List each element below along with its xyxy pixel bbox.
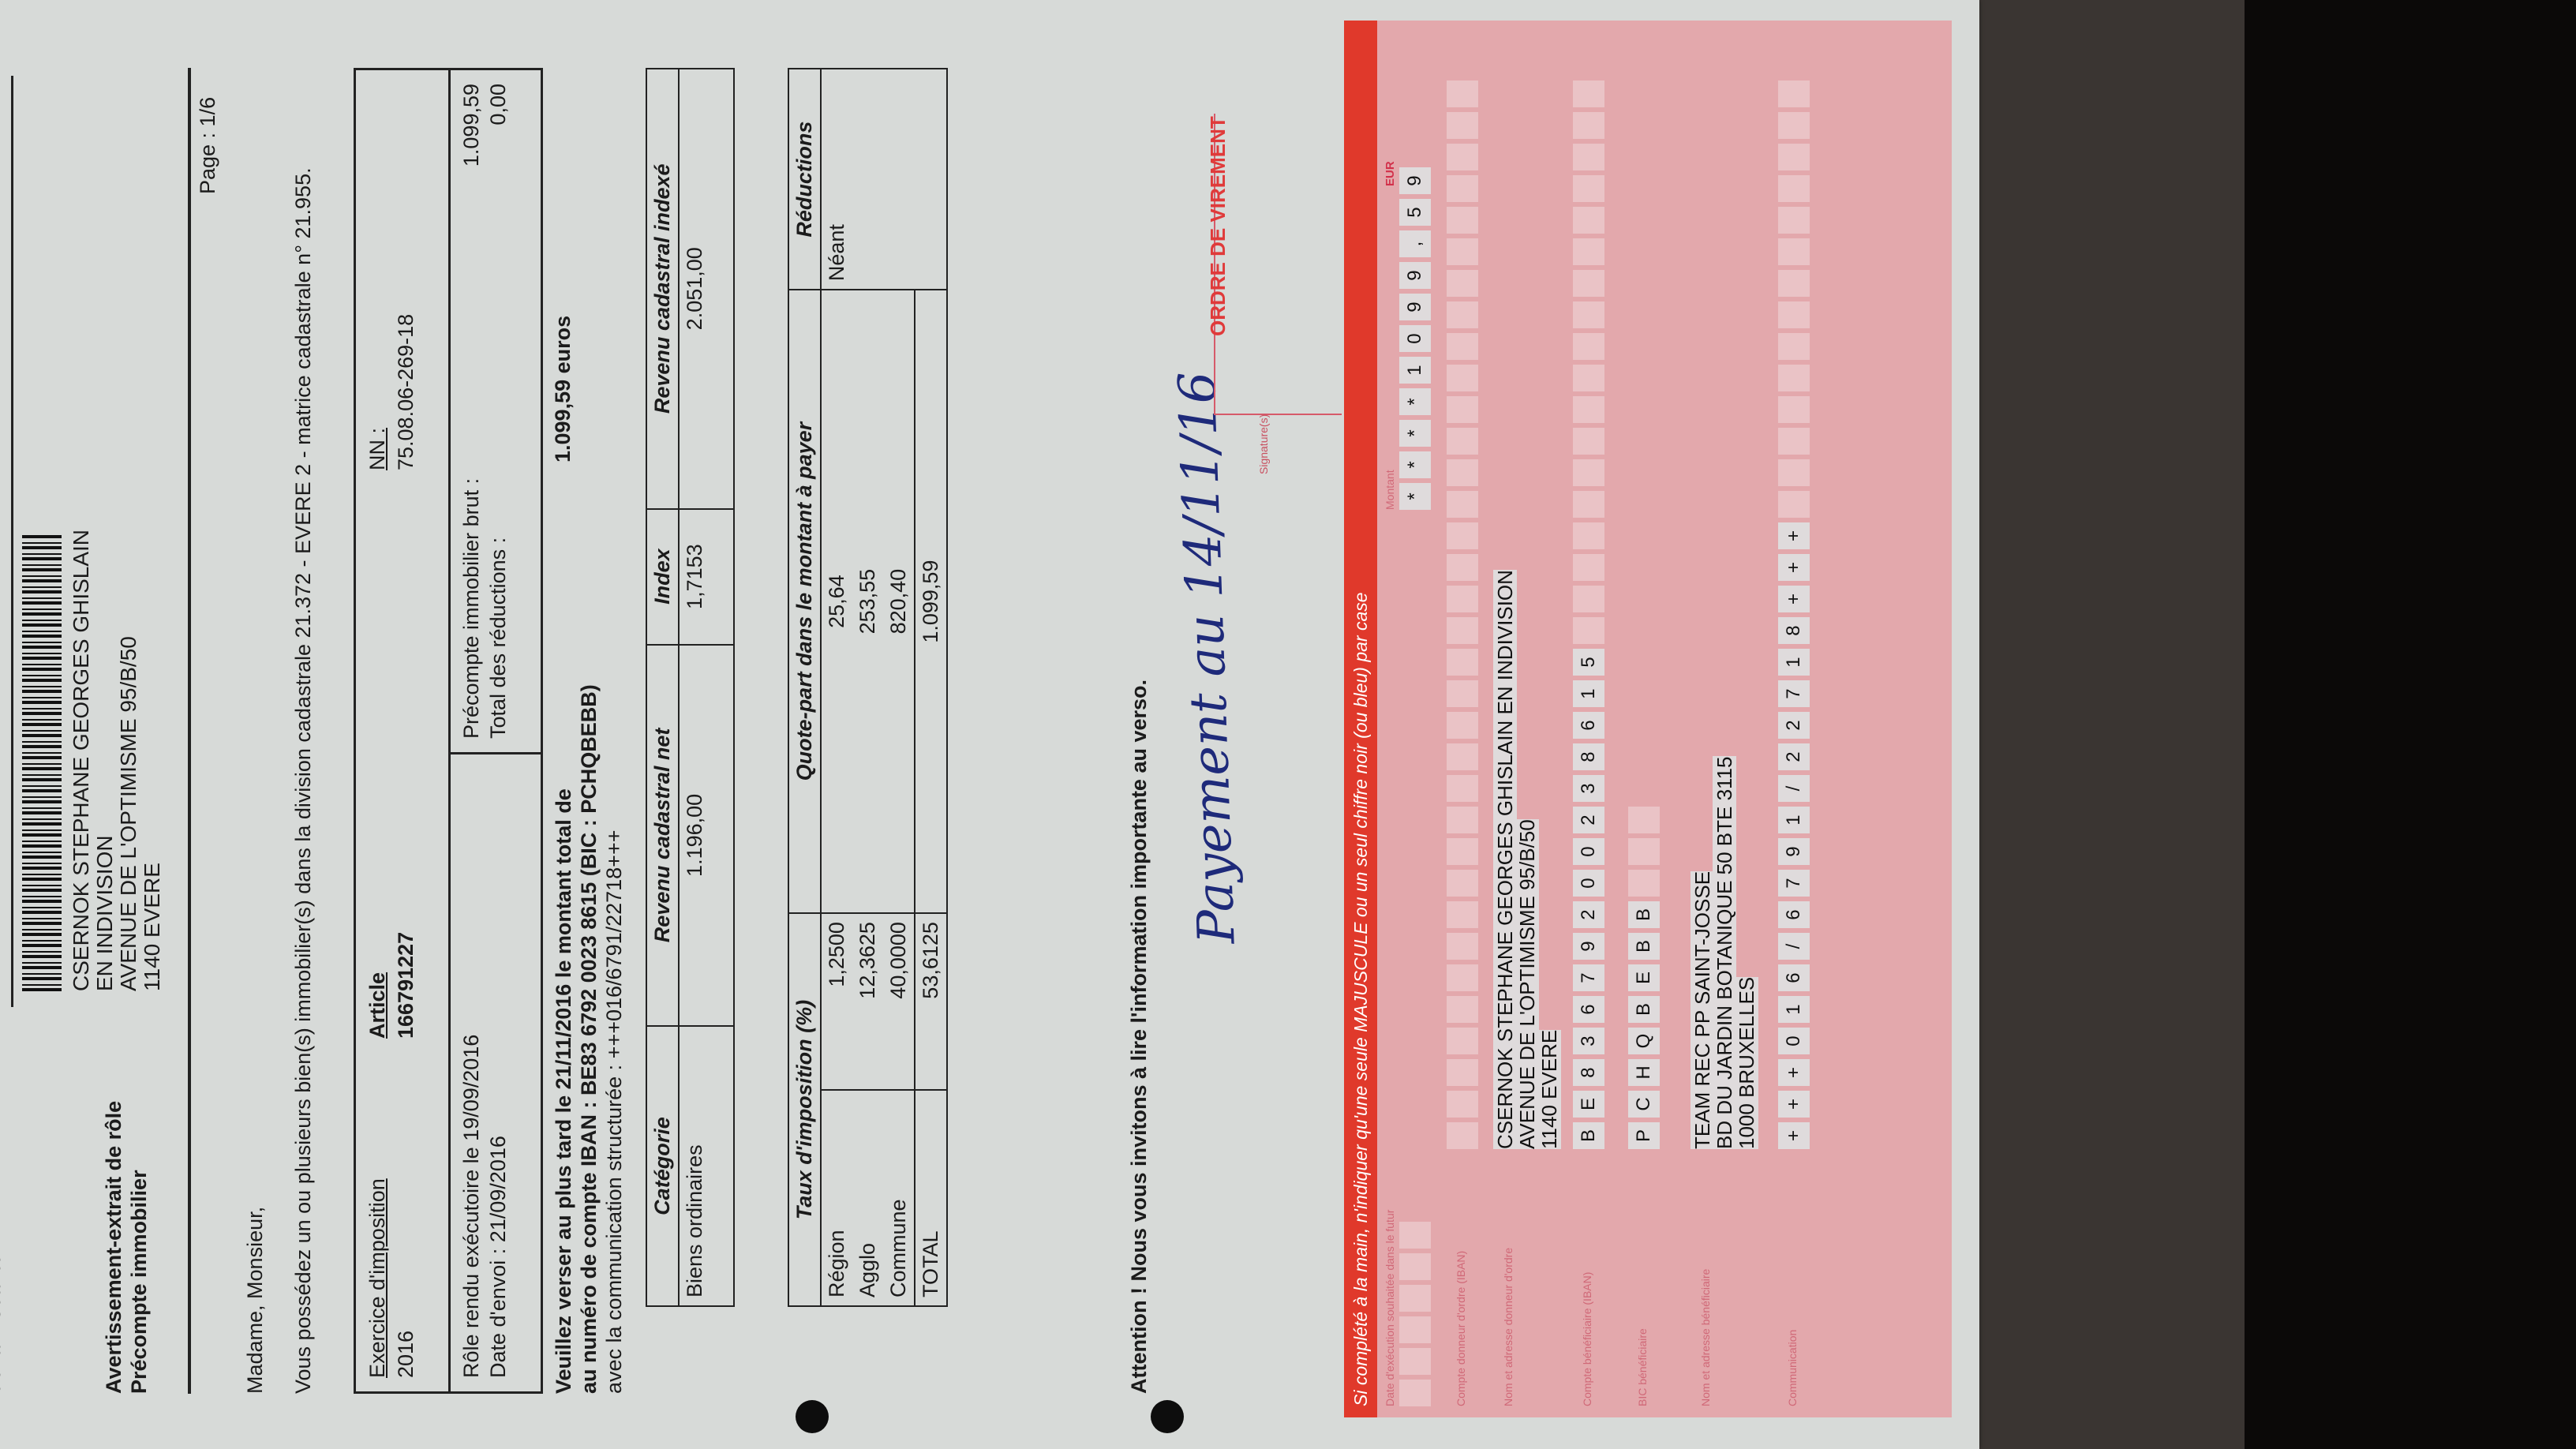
amount-field[interactable]: ****1099,59: [1399, 167, 1431, 510]
divider: [188, 68, 191, 1394]
document-title: Avertissement-extrait de rôle Précompte …: [101, 1101, 152, 1394]
char-cell[interactable]: 3: [1573, 1028, 1604, 1054]
char-cell[interactable]: [1447, 144, 1478, 170]
char-cell[interactable]: 3: [1573, 775, 1604, 802]
orderer-account-label: Compte donneur d'ordre (IBAN): [1455, 1251, 1467, 1406]
char-cell[interactable]: 1: [1778, 649, 1810, 676]
char-cell[interactable]: [1628, 838, 1660, 865]
char-cell[interactable]: [1573, 522, 1604, 549]
char-cell[interactable]: 8: [1573, 743, 1604, 770]
char-cell[interactable]: 5: [1573, 649, 1604, 676]
cell: 12,3625: [852, 913, 883, 1090]
orderer-name-field[interactable]: CSERNOK STEPHANE GEORGES GHISLAIN EN IND…: [1494, 570, 1560, 1149]
punch-hole: [796, 1400, 829, 1433]
payment-amount: 1.099,59 euros: [551, 316, 575, 462]
char-cell[interactable]: [1778, 270, 1810, 297]
char-cell[interactable]: +: [1778, 522, 1810, 549]
reductions-cell: Néant: [821, 69, 947, 290]
char-cell[interactable]: 0: [1573, 838, 1604, 865]
recipient-line: CSERNOK STEPHANE GEORGES GHISLAIN: [69, 530, 93, 991]
char-cell[interactable]: 5: [1399, 199, 1431, 226]
cell: Biens ordinaires: [679, 1026, 734, 1306]
char-cell[interactable]: [1447, 807, 1478, 833]
char-cell[interactable]: [1573, 554, 1604, 581]
char-cell[interactable]: B: [1628, 933, 1660, 960]
cell: 2.051,00: [679, 69, 734, 509]
char-cell[interactable]: [1573, 175, 1604, 202]
amount-label: Montant: [1383, 470, 1396, 510]
cell: Agglo: [852, 1090, 883, 1306]
col-header: Quote-part dans le montant à payer: [788, 290, 821, 913]
char-cell[interactable]: 1: [1399, 357, 1431, 384]
char-cell[interactable]: +: [1778, 586, 1810, 612]
char-cell[interactable]: [1447, 870, 1478, 897]
signature-label: Signature(s): [1257, 414, 1270, 474]
char-cell[interactable]: P: [1628, 1122, 1660, 1149]
beneficiary-name-label: Nom et adresse bénéficiaire: [1699, 1269, 1712, 1406]
char-cell[interactable]: [1778, 428, 1810, 455]
char-cell[interactable]: H: [1628, 1059, 1660, 1086]
char-cell[interactable]: *: [1399, 388, 1431, 415]
char-cell[interactable]: 1: [1778, 996, 1810, 1023]
char-cell[interactable]: E: [1628, 964, 1660, 991]
char-cell[interactable]: 1: [1573, 680, 1604, 707]
brut-value: 1.099,59: [458, 84, 485, 218]
col-header: Catégorie: [646, 1026, 679, 1306]
precompte-labels: Précompte immobilier brut : Total des ré…: [458, 478, 511, 739]
char-cell[interactable]: [1447, 996, 1478, 1023]
char-cell[interactable]: [1447, 1028, 1478, 1054]
col-header: Index: [646, 509, 679, 645]
handwritten-note: Payement au 14/11/16: [1168, 371, 1246, 945]
char-cell[interactable]: [1778, 80, 1810, 107]
char-cell[interactable]: [1447, 1059, 1478, 1086]
char-cell[interactable]: 0: [1399, 325, 1431, 352]
char-cell[interactable]: [1573, 365, 1604, 391]
date-cell[interactable]: [1399, 1316, 1431, 1343]
char-cell[interactable]: [1447, 586, 1478, 612]
char-cell[interactable]: [1573, 144, 1604, 170]
char-cell[interactable]: [1778, 333, 1810, 360]
cell: 1.099,59: [915, 290, 947, 913]
administration-name: Administration générale de la Fiscalité: [0, 1150, 6, 1394]
char-cell[interactable]: [1573, 301, 1604, 328]
intro-paragraph: Vous possédez un ou plusieurs bien(s) im…: [290, 68, 316, 1394]
char-cell[interactable]: [1447, 617, 1478, 644]
cell: 1,7153: [679, 509, 734, 645]
char-cell[interactable]: [1778, 301, 1810, 328]
cell: TOTAL: [915, 1090, 947, 1306]
signature-box[interactable]: [1214, 114, 1342, 415]
char-cell[interactable]: +: [1778, 1059, 1810, 1086]
char-cell[interactable]: [1778, 396, 1810, 423]
char-cell[interactable]: [1778, 112, 1810, 139]
col-header: Revenu cadastral net: [646, 645, 679, 1026]
char-cell[interactable]: [1778, 491, 1810, 518]
char-cell[interactable]: [1628, 807, 1660, 833]
article-value: 166791227: [391, 932, 420, 1039]
brut-label: Précompte immobilier brut :: [458, 478, 485, 739]
char-cell[interactable]: [1447, 680, 1478, 707]
char-cell[interactable]: [1447, 428, 1478, 455]
char-cell[interactable]: [1778, 207, 1810, 234]
char-cell[interactable]: 7: [1778, 680, 1810, 707]
cell: 253,55: [852, 290, 883, 913]
char-cell[interactable]: /: [1778, 775, 1810, 802]
date-cell[interactable]: [1399, 1380, 1431, 1406]
char-cell[interactable]: 7: [1778, 870, 1810, 897]
char-cell[interactable]: *: [1399, 420, 1431, 447]
char-cell[interactable]: [1447, 649, 1478, 676]
char-cell[interactable]: [1447, 301, 1478, 328]
char-cell[interactable]: [1447, 838, 1478, 865]
col-header: Revenu cadastral indexé: [646, 69, 679, 509]
recipient-line: AVENUE DE L'OPTIMISME 95/B/50: [117, 530, 140, 991]
cell: 40,0000: [883, 913, 915, 1090]
char-cell[interactable]: 6: [1778, 901, 1810, 928]
payment-communication: avec la communication structurée : +++01…: [601, 68, 627, 1394]
orderer-name-label: Nom et adresse donneur d'ordre: [1502, 1248, 1515, 1406]
payment-deadline: Veuillez verser au plus tard le 21/11/20…: [551, 68, 576, 1394]
attention-note: Attention ! Nous vous invitons à lire l'…: [1127, 680, 1151, 1394]
char-cell[interactable]: [1447, 933, 1478, 960]
col-header: Réductions: [788, 69, 821, 290]
char-cell[interactable]: 7: [1573, 964, 1604, 991]
char-cell[interactable]: [1447, 522, 1478, 549]
payment-iban: au numéro de compte IBAN : BE83 6792 002…: [576, 68, 601, 1394]
char-cell[interactable]: [1778, 459, 1810, 486]
envoi-line: Date d'envoi : 21/09/2016: [485, 1035, 511, 1378]
reductions-label: Total des réductions :: [485, 478, 511, 739]
char-cell[interactable]: [1447, 1091, 1478, 1118]
greeting: Madame, Monsieur,: [243, 1207, 268, 1394]
article-label: Article: [363, 932, 391, 1039]
char-cell[interactable]: 2: [1778, 743, 1810, 770]
bic-field[interactable]: PCHQBEBB: [1628, 807, 1660, 1149]
reductions-value: 0,00: [485, 84, 511, 218]
char-cell[interactable]: [1778, 365, 1810, 391]
char-cell[interactable]: [1778, 238, 1810, 265]
cell: Commune: [883, 1090, 915, 1306]
orderer-line: CSERNOK STEPHANE GEORGES GHISLAIN EN IND…: [1493, 570, 1517, 1149]
beneficiary-line: TEAM REC PP SAINT-JOSSE: [1690, 871, 1714, 1149]
role-line: Rôle rendu exécutoire le 19/09/2016: [458, 1035, 485, 1378]
beneficiary-name-field[interactable]: TEAM REC PP SAINT-JOSSE BD DU JARDIN BOT…: [1691, 756, 1758, 1149]
recipient-line: 1140 EVERE: [140, 530, 164, 991]
slip-title: ORDRE DE VIREMENT: [1206, 116, 1230, 336]
char-cell[interactable]: [1447, 396, 1478, 423]
precompte-values: 1.099,59 0,00: [458, 84, 511, 218]
cell: 25,64: [821, 290, 852, 913]
char-cell[interactable]: [1447, 238, 1478, 265]
beneficiary-line: 1000 BRUXELLES: [1735, 977, 1758, 1149]
char-cell[interactable]: B: [1628, 901, 1660, 928]
execution-date-label: Date d'exécution souhaitée dans le futur: [1383, 1210, 1396, 1406]
char-cell[interactable]: +: [1778, 1091, 1810, 1118]
char-cell[interactable]: 9: [1399, 294, 1431, 320]
article-block: Article 166791227: [363, 932, 420, 1039]
char-cell[interactable]: B: [1573, 1122, 1604, 1149]
beneficiary-iban-field[interactable]: BE83679200238615: [1573, 80, 1604, 1149]
char-cell[interactable]: E: [1573, 1091, 1604, 1118]
char-cell[interactable]: [1573, 333, 1604, 360]
char-cell[interactable]: 1: [1778, 807, 1810, 833]
slip-instruction-bar: Si complété à la main, n'indiquer qu'une…: [1344, 21, 1377, 1417]
char-cell[interactable]: +: [1778, 1122, 1810, 1149]
char-cell[interactable]: B: [1628, 996, 1660, 1023]
char-cell[interactable]: *: [1399, 483, 1431, 510]
table-row: Région 1,2500 25,64 Néant: [821, 69, 852, 1306]
char-cell[interactable]: *: [1399, 451, 1431, 478]
title-line: Avertissement-extrait de rôle: [101, 1101, 126, 1394]
char-cell[interactable]: 0: [1573, 870, 1604, 897]
char-cell[interactable]: [1447, 459, 1478, 486]
char-cell[interactable]: 9: [1399, 262, 1431, 289]
char-cell[interactable]: +: [1778, 554, 1810, 581]
beneficiary-account-label: Compte bénéficiaire (IBAN): [1581, 1272, 1593, 1406]
char-cell[interactable]: [1573, 428, 1604, 455]
char-cell[interactable]: [1573, 491, 1604, 518]
orderer-line: 1140 EVERE: [1537, 1030, 1561, 1149]
char-cell[interactable]: [1573, 238, 1604, 265]
table-row: Biens ordinaires 1.196,00 1,7153 2.051,0…: [679, 69, 734, 1306]
exercice-label: Exercice d'imposition: [363, 1178, 391, 1378]
char-cell[interactable]: [1447, 775, 1478, 802]
char-cell[interactable]: [1447, 365, 1478, 391]
char-cell[interactable]: [1573, 112, 1604, 139]
orderer-iban-field[interactable]: [1447, 80, 1478, 1149]
char-cell[interactable]: [1628, 870, 1660, 897]
cell: 820,40: [883, 290, 915, 913]
char-cell[interactable]: [1573, 396, 1604, 423]
char-cell[interactable]: [1447, 175, 1478, 202]
char-cell[interactable]: 2: [1573, 901, 1604, 928]
char-cell[interactable]: [1447, 207, 1478, 234]
char-cell[interactable]: 9: [1573, 933, 1604, 960]
char-cell[interactable]: [1573, 207, 1604, 234]
char-cell[interactable]: 6: [1573, 712, 1604, 739]
char-cell[interactable]: [1573, 80, 1604, 107]
char-cell[interactable]: [1447, 80, 1478, 107]
punch-hole: [1151, 1400, 1184, 1433]
char-cell[interactable]: [1447, 964, 1478, 991]
char-cell[interactable]: [1447, 333, 1478, 360]
cell: Région: [821, 1090, 852, 1306]
exercice-block: Exercice d'imposition 2016: [363, 1178, 420, 1378]
char-cell[interactable]: /: [1778, 933, 1810, 960]
bic-label: BIC bénéficiaire: [1636, 1328, 1649, 1406]
communication-field[interactable]: +++016/6791/22718+++: [1778, 80, 1810, 1149]
char-cell[interactable]: [1447, 743, 1478, 770]
date-cell[interactable]: [1399, 1348, 1431, 1375]
recipient-line: EN INDIVISION: [93, 530, 117, 991]
col-header: Taux d'imposition (%): [788, 913, 821, 1306]
char-cell[interactable]: 6: [1778, 964, 1810, 991]
char-cell[interactable]: [1778, 144, 1810, 170]
char-cell[interactable]: 0: [1778, 1028, 1810, 1054]
tax-rate-table: Taux d'imposition (%) Quote-part dans le…: [788, 68, 948, 1307]
cadastral-income-table: Catégorie Revenu cadastral net Index Rev…: [646, 68, 735, 1307]
orderer-line: AVENUE DE L'OPTIMISME 95/B/50: [1515, 819, 1539, 1149]
char-cell[interactable]: 2: [1573, 807, 1604, 833]
char-cell[interactable]: [1447, 1122, 1478, 1149]
char-cell[interactable]: 2: [1778, 712, 1810, 739]
char-cell[interactable]: [1778, 175, 1810, 202]
beneficiary-line: BD DU JARDIN BOTANIQUE 50 BTE 3115: [1713, 756, 1736, 1149]
char-cell[interactable]: [1573, 270, 1604, 297]
execution-date-field[interactable]: [1399, 1222, 1431, 1406]
char-cell[interactable]: [1447, 491, 1478, 518]
background-surface: [2245, 0, 2576, 1449]
char-cell[interactable]: [1447, 112, 1478, 139]
currency-label: EUR: [1383, 161, 1397, 186]
char-cell[interactable]: 9: [1399, 167, 1431, 194]
char-cell[interactable]: [1447, 554, 1478, 581]
date-cell[interactable]: [1399, 1222, 1431, 1249]
cell: 1,2500: [821, 913, 852, 1090]
char-cell[interactable]: [1573, 586, 1604, 612]
role-block: Rôle rendu exécutoire le 19/09/2016 Date…: [458, 1035, 511, 1378]
char-cell[interactable]: [1447, 712, 1478, 739]
nn-block: NN : 75.08.06-269-18: [363, 314, 420, 470]
date-cell[interactable]: [1399, 1285, 1431, 1312]
communication-label: Communication: [1786, 1330, 1799, 1406]
cell: 53,6125: [915, 913, 947, 1090]
barcode-icon: [22, 534, 62, 991]
char-cell[interactable]: [1573, 617, 1604, 644]
date-cell[interactable]: [1399, 1253, 1431, 1280]
recipient-address: CSERNOK STEPHANE GEORGES GHISLAIN EN IND…: [69, 530, 164, 991]
char-cell[interactable]: 9: [1778, 838, 1810, 865]
transfer-slip: Si complété à la main, n'indiquer qu'une…: [1344, 21, 1952, 1417]
divider: [448, 68, 451, 1394]
nn-value: 75.08.06-269-18: [391, 314, 420, 470]
char-cell[interactable]: [1447, 901, 1478, 928]
admin-line: de la Fiscalité: [0, 1150, 6, 1394]
char-cell[interactable]: ,: [1399, 230, 1431, 257]
char-cell[interactable]: [1447, 270, 1478, 297]
exercice-value: 2016: [391, 1178, 420, 1378]
payment-instructions: Veuillez verser au plus tard le 21/11/20…: [551, 68, 627, 1394]
char-cell[interactable]: [1573, 459, 1604, 486]
char-cell[interactable]: Q: [1628, 1028, 1660, 1054]
cell: 1.196,00: [679, 645, 734, 1026]
char-cell[interactable]: 8: [1573, 1059, 1604, 1086]
char-cell[interactable]: 8: [1778, 617, 1810, 644]
page-number: Page : 1/6: [196, 97, 220, 194]
char-cell[interactable]: C: [1628, 1091, 1660, 1118]
tax-notice-document: Service Public Fédéral FINANCES Administ…: [0, 0, 1979, 1449]
title-line: Précompte immobilier: [126, 1101, 152, 1394]
divider: [11, 76, 13, 1007]
nn-label: NN :: [363, 314, 391, 470]
divider: [450, 752, 543, 754]
char-cell[interactable]: 6: [1573, 996, 1604, 1023]
